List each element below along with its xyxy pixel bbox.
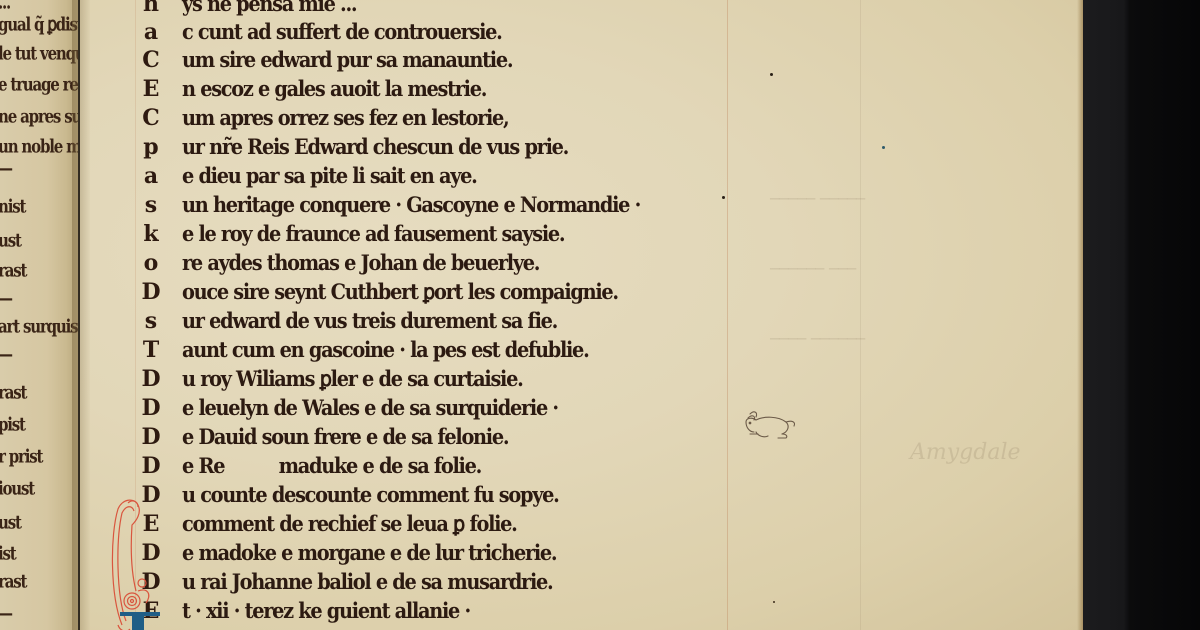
facing-line: rast	[0, 260, 26, 280]
line-text: ur edward de vus treis durement sa fie.	[182, 308, 557, 333]
facing-line: ust	[0, 512, 21, 532]
verse-line: Du rai Johanne baliol e de sa musardrie.	[138, 566, 585, 597]
line-initial: D	[138, 366, 164, 392]
verse-line: Ecomment de rechief se leua ꝑ folie.	[138, 508, 546, 539]
verse-line: Cum apres orrez ses fez en lestorie,	[138, 102, 537, 133]
gutter-shadow	[72, 0, 90, 630]
facing-line: pist	[0, 414, 25, 434]
facing-line: —	[0, 603, 12, 623]
line-text: e madoke e morgane e de lur tricherie.	[182, 540, 556, 565]
facing-line: rast	[0, 382, 26, 402]
line-initial: T	[138, 337, 164, 363]
line-text: c cunt ad suffert de controuersie.	[182, 19, 502, 44]
ruling-line	[860, 0, 861, 630]
line-initial: C	[138, 105, 164, 131]
facing-line: r prist	[0, 446, 42, 466]
facing-page: ... gual q̃ ꝑdist le tut venquist e trua…	[0, 0, 78, 630]
line-initial: D	[138, 453, 164, 479]
verse-line: Douce sire seynt Cuthbert ꝑort les compa…	[138, 276, 656, 307]
line-initial: D	[138, 424, 164, 450]
ink-speck	[770, 73, 773, 76]
line-initial: D	[138, 279, 164, 305]
verse-line: sun heritage conquere · Gascoyne e Norma…	[138, 189, 680, 220]
verse-line: ore aydes thomas e Johan de beuerlye.	[138, 247, 570, 278]
verse-line: Du counte descounte comment fu sopye.	[138, 479, 591, 510]
line-initial: s	[138, 308, 164, 334]
facing-line: un noble mist	[0, 136, 78, 156]
line-initial: C	[138, 47, 164, 73]
line-text: ys ne pensa mie ...	[182, 0, 356, 16]
facing-line: art surquist	[0, 316, 78, 336]
facing-line: le tut venquist	[0, 43, 78, 63]
line-text: u roy Wiliams ꝑler e de sa curtaisie.	[182, 366, 523, 391]
line-initial: h	[138, 0, 164, 17]
line-text: um apres orrez ses fez en lestorie,	[182, 105, 508, 130]
line-text: u rai Johanne baliol e de sa musardrie.	[182, 569, 552, 594]
verse-line: ac cunt ad suffert de controuersie.	[138, 16, 529, 47]
line-initial: k	[138, 221, 164, 247]
facing-line: ...	[0, 0, 10, 12]
facing-line: e truage rendi	[0, 74, 78, 94]
line-text: ouce sire seynt Cuthbert ꝑort les compai…	[182, 279, 618, 304]
line-text: e leuelyn de Wales e de sa surquiderie ·	[182, 395, 558, 420]
line-initial: o	[138, 250, 164, 276]
line-text: e dieu par sa pite li sait en aye.	[182, 163, 477, 188]
verse-line: Et · xii · terez ke guient allanie ·	[138, 595, 495, 626]
rabbit-doodle-icon	[742, 408, 804, 444]
verse-line: ke le roy de fraunce ad fausement saysie…	[138, 218, 598, 249]
line-text: um sire edward pur sa manauntie.	[182, 47, 512, 72]
facing-line: nist	[0, 196, 25, 216]
line-initial: a	[138, 19, 164, 45]
manuscript-photo: ... gual q̃ ꝑdist le tut venquist e trua…	[0, 0, 1200, 630]
line-initial: a	[138, 163, 164, 189]
verse-line: De leuelyn de Wales e de sa surquiderie …	[138, 392, 591, 423]
verse-line: ae dieu par sa pite li sait en aye.	[138, 160, 502, 191]
line-text: un heritage conquere · Gascoyne e Norman…	[182, 192, 640, 217]
verse-line: De Re maduke e de sa folie.	[138, 450, 507, 481]
ink-speck	[722, 196, 725, 199]
facing-line: ne apres surprist	[0, 106, 78, 126]
verse-line: Cum sire edward pur sa manauntie.	[138, 44, 541, 75]
line-text: aunt cum en gascoine · la pes est defubl…	[182, 337, 589, 362]
line-text: comment de rechief se leua ꝑ folie.	[182, 511, 517, 536]
ruling-line	[727, 0, 728, 630]
verse-line: De Dauid soun frere e de sa felonie.	[138, 421, 537, 452]
facing-line: —	[0, 158, 12, 178]
pen-flourish-initial-icon	[108, 495, 168, 630]
facing-line: gual q̃ ꝑdist	[0, 14, 78, 34]
verse-line: sur edward de vus treis durement sa fie.	[138, 305, 590, 336]
verse-line: En escoz e gales auoit la mestrie.	[138, 73, 513, 104]
line-text: u counte descounte comment fu sopye.	[182, 482, 559, 507]
facing-line: ust	[0, 230, 21, 250]
facing-line: —	[0, 344, 12, 364]
verse-line: Taunt cum en gascoine · la pes est defub…	[138, 334, 624, 365]
verse-line: Du roy Wiliams ꝑler e de sa curtaisie.	[138, 363, 552, 394]
ink-speck	[773, 601, 775, 603]
line-text: re aydes thomas e Johan de beuerlye.	[182, 250, 539, 275]
line-text: e le roy de fraunce ad fausement saysie.	[182, 221, 564, 246]
line-initial: E	[138, 76, 164, 102]
verse-line: pur nr̃e Reis Edward chescun de vus prie…	[138, 131, 602, 162]
line-text: t · xii · terez ke guient allanie ·	[182, 598, 470, 623]
line-text: n escoz e gales auoit la mestrie.	[182, 76, 486, 101]
facing-line: —	[0, 288, 12, 308]
book-binding	[1083, 0, 1200, 630]
ink-speck	[882, 146, 885, 149]
line-text: e Re maduke e de sa folie.	[182, 453, 481, 478]
line-initial: s	[138, 192, 164, 218]
facing-line: ist	[0, 543, 15, 563]
line-initial: p	[138, 134, 164, 160]
line-text: ur nr̃e Reis Edward chescun de vus prie.	[182, 134, 568, 159]
facing-line: rast	[0, 571, 26, 591]
line-initial: D	[138, 395, 164, 421]
line-text: e Dauid soun frere e de sa felonie.	[182, 424, 508, 449]
faint-margin-note: Amygdale	[910, 440, 1021, 465]
facing-line: ioust	[0, 478, 34, 498]
verse-line: De madoke e morgane e de lur tricherie.	[138, 537, 589, 568]
